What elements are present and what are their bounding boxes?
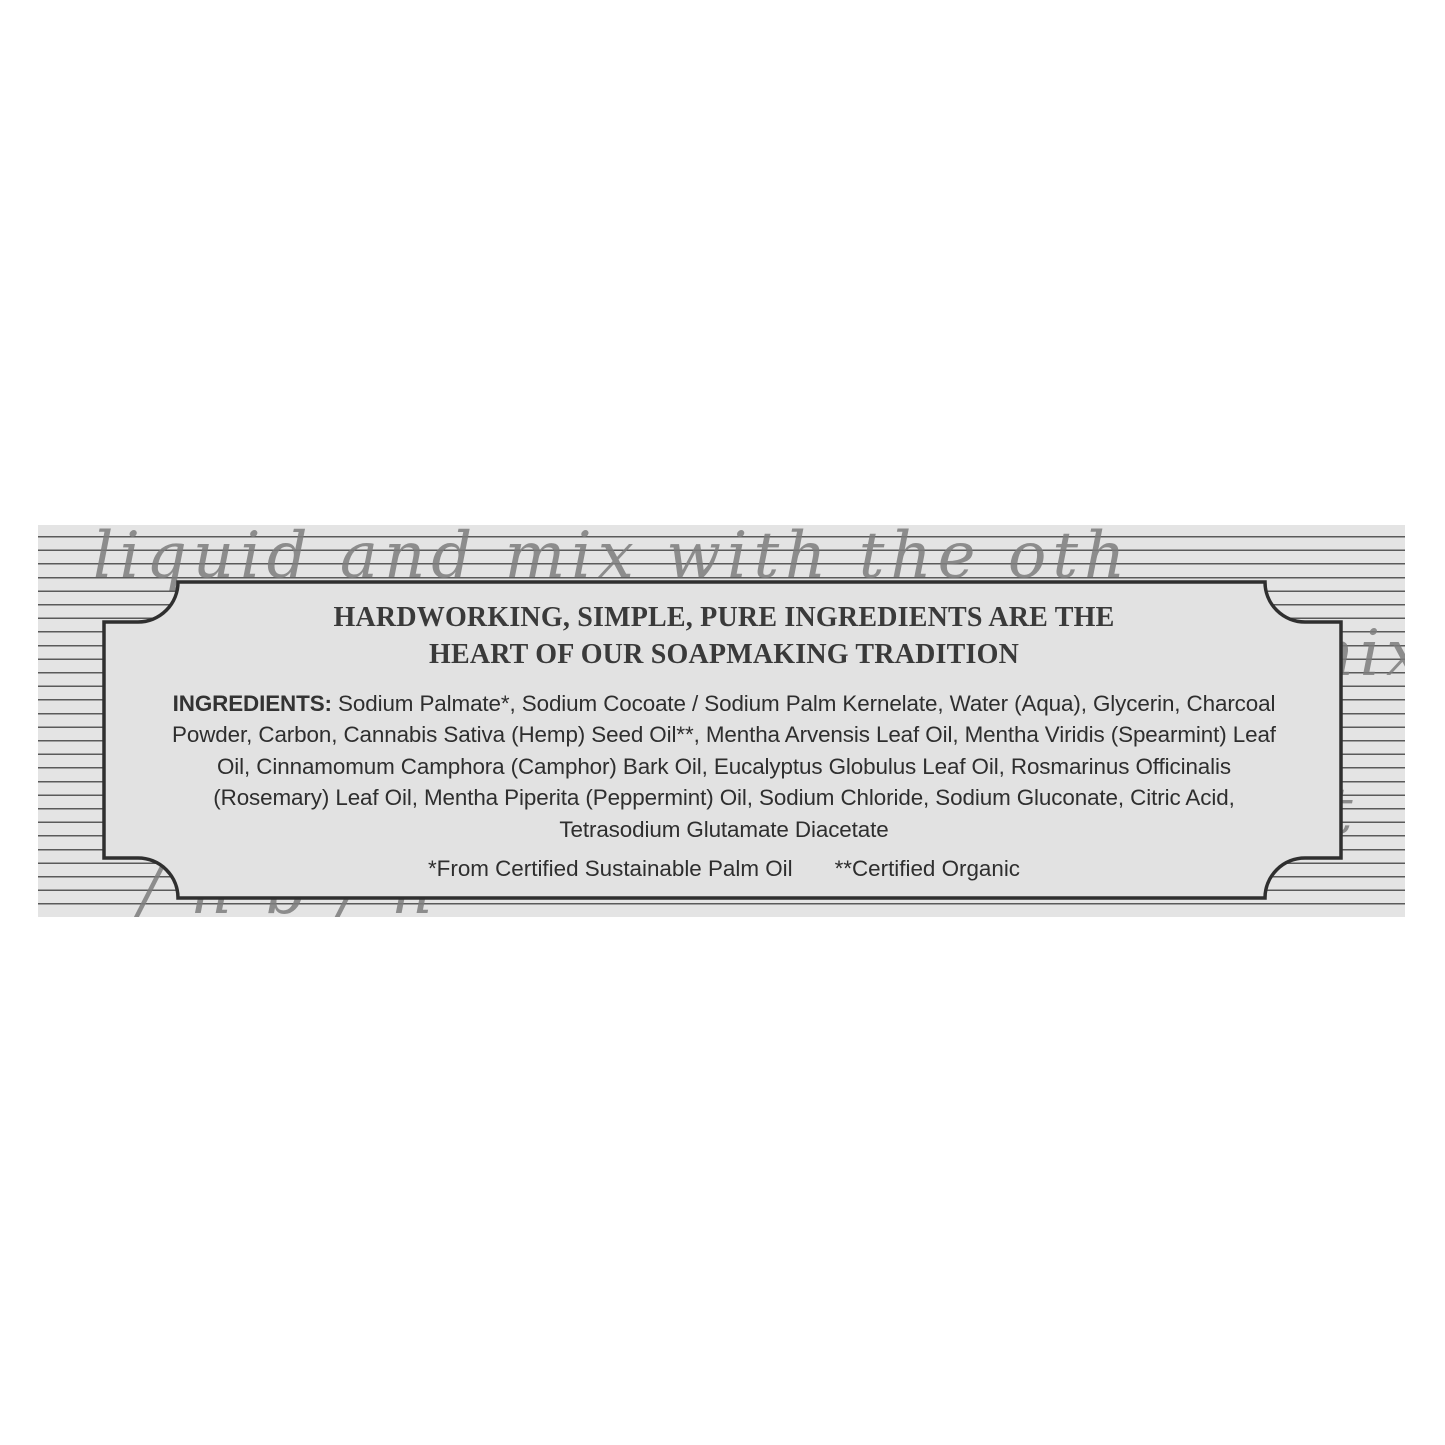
ingredients-panel: HARDWORKING, SIMPLE, PURE INGREDIENTS AR… [150,595,1298,884]
ingredients-text: Sodium Palmate*, Sodium Cocoate / Sodium… [172,691,1276,842]
headline: HARDWORKING, SIMPLE, PURE INGREDIENTS AR… [150,599,1298,673]
ingredients-label: INGREDIENTS: [173,691,332,716]
footnote-organic: **Certified Organic [835,856,1020,881]
ingredients-list: INGREDIENTS: Sodium Palmate*, Sodium Coc… [150,688,1298,845]
footnote-palm-oil: *From Certified Sustainable Palm Oil [428,856,793,881]
headline-line-1: HARDWORKING, SIMPLE, PURE INGREDIENTS AR… [150,599,1298,636]
headline-line-2: HEART OF OUR SOAPMAKING TRADITION [150,636,1298,673]
footnotes: *From Certified Sustainable Palm Oil**Ce… [150,854,1298,884]
product-label-strip: liquid and mix with the oth mix o st / h… [38,525,1405,917]
